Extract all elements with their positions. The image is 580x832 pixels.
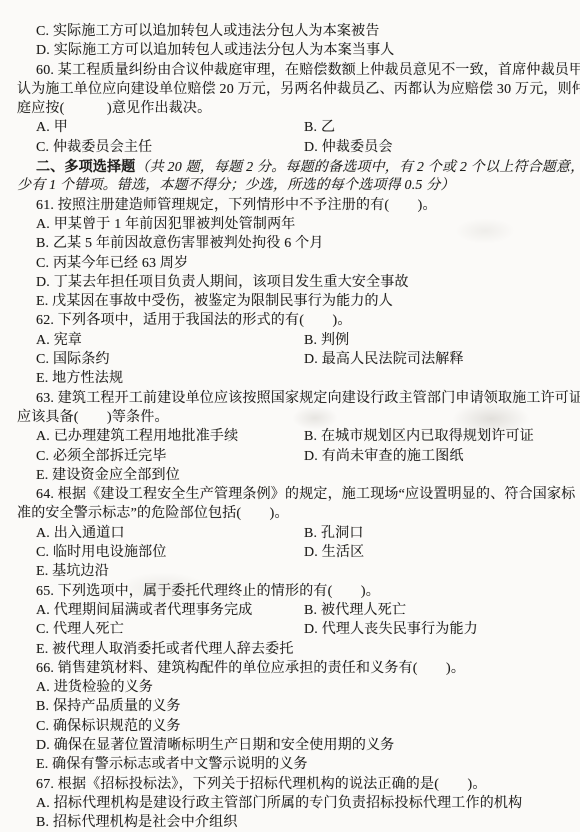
text-line: 认为施工单位应向建设单位赔偿 20 万元，另两名仲裁员乙、丙都认为应赔偿 30 … bbox=[17, 80, 568, 99]
option-left: C. 必须全部拆迁完毕 bbox=[17, 447, 304, 466]
text-line: 66. 销售建筑材料、建筑构配件的单位应承担的责任和义务有( )。 bbox=[17, 659, 568, 678]
option-row: A. 代理期间届满或者代理事务完成B. 被代理人死亡 bbox=[17, 601, 568, 620]
option-row: C. 代理人死亡D. 代理人丧失民事行为能力 bbox=[17, 620, 568, 639]
text-line: C. 确保标识规范的义务 bbox=[17, 717, 568, 736]
option-row: A. 甲B. 乙 bbox=[17, 118, 568, 137]
option-left: A. 出入通道口 bbox=[17, 524, 304, 543]
text-line: D. 实际施工方可以追加转包人或违法分包人为本案当事人 bbox=[17, 41, 568, 60]
option-left: C. 国际条约 bbox=[17, 350, 304, 369]
option-left: A. 代理期间届满或者代理事务完成 bbox=[17, 601, 304, 620]
text-line: A. 甲某曾于 1 年前因犯罪被判处管制两年 bbox=[17, 215, 568, 234]
text-line: D. 确保在显著位置清晰标明生产日期和安全使用期的义务 bbox=[17, 736, 568, 755]
option-left: A. 宪章 bbox=[17, 331, 304, 350]
text-line: C. 实际施工方可以追加转包人或违法分包人为本案被告 bbox=[17, 22, 568, 41]
text-line: 65. 下列选项中，属于委托代理终止的情形的有( )。 bbox=[17, 582, 568, 601]
option-left: C. 仲裁委员会主任 bbox=[17, 138, 304, 157]
text-line: E. 被代理人取消委托或者代理人辞去委托 bbox=[17, 640, 568, 659]
option-right: B. 在城市规划区内已取得规划许可证 bbox=[304, 427, 534, 446]
document-page: C. 实际施工方可以追加转包人或违法分包人为本案被告D. 实际施工方可以追加转包… bbox=[0, 0, 580, 832]
option-left: A. 甲 bbox=[17, 118, 304, 137]
option-row: A. 出入通道口B. 孔洞口 bbox=[17, 524, 568, 543]
option-right: D. 生活区 bbox=[304, 543, 364, 562]
text-line: 少有 1 个错项。错选，本题不得分；少选，所选的每个选项得 0.5 分） bbox=[17, 176, 568, 195]
text-line: 67. 根据《招标投标法》，下列关于招标代理机构的说法正确的是( )。 bbox=[17, 775, 568, 794]
option-right: B. 被代理人死亡 bbox=[304, 601, 406, 620]
text-line: 61. 按照注册建造师管理规定，下列情形中不予注册的有( )。 bbox=[17, 196, 568, 215]
text-line: E. 建设资金应全部到位 bbox=[17, 466, 568, 485]
option-left: C. 临时用电设施部位 bbox=[17, 543, 304, 562]
text-line: A. 招标代理机构是建设行政主管部门所属的专门负责招标投标代理工作的机构 bbox=[17, 794, 568, 813]
text-line: B. 招标代理机构是社会中介组织 bbox=[17, 813, 568, 832]
text-line: 60. 某工程质量纠纷由合议仲裁庭审理，在赔偿数额上仲裁员意见不一致，首席仲裁员… bbox=[17, 61, 568, 80]
option-row: A. 宪章B. 判例 bbox=[17, 331, 568, 350]
option-right: D. 最高人民法院司法解释 bbox=[304, 350, 464, 369]
option-row: A. 已办理建筑工程用地批准手续B. 在城市规划区内已取得规划许可证 bbox=[17, 427, 568, 446]
option-row: C. 国际条约D. 最高人民法院司法解释 bbox=[17, 350, 568, 369]
option-left: A. 已办理建筑工程用地批准手续 bbox=[17, 427, 304, 446]
section-title: 二、多项选择题 bbox=[36, 158, 135, 174]
option-right: D. 代理人丧失民事行为能力 bbox=[304, 620, 478, 639]
option-right: B. 孔洞口 bbox=[304, 524, 364, 543]
option-left: C. 代理人死亡 bbox=[17, 620, 304, 639]
text-line: A. 进货检验的义务 bbox=[17, 678, 568, 697]
text-line: E. 基坑边沿 bbox=[17, 562, 568, 581]
option-right: D. 仲裁委员会 bbox=[304, 138, 393, 157]
text-line: E. 地方性法规 bbox=[17, 369, 568, 388]
text-line: C. 丙某今年已经 63 周岁 bbox=[17, 254, 568, 273]
text-line: B. 乙某 5 年前因故意伤害罪被判处拘役 6 个月 bbox=[17, 234, 568, 253]
text-line: 准的安全警示标志”的危险部位包括( )。 bbox=[17, 504, 568, 523]
section-instructions: （共 20 题，每题 2 分。每题的备选项中，有 2 个或 2 个以上符合题意，… bbox=[135, 160, 580, 175]
text-line: 应该具备( )等条件。 bbox=[17, 408, 568, 427]
option-row: C. 临时用电设施部位D. 生活区 bbox=[17, 543, 568, 562]
text-line: 庭应按( )意见作出裁决。 bbox=[17, 99, 568, 118]
option-row: C. 必须全部拆迁完毕D. 有尚未审查的施工图纸 bbox=[17, 447, 568, 466]
text-line: 64. 根据《建设工程安全生产管理条例》的规定，施工现场“应设置明显的、符合国家… bbox=[17, 485, 568, 504]
text-line: 63. 建筑工程开工前建设单位应该按照国家规定向建设行政主管部门申请领取施工许可… bbox=[17, 389, 568, 408]
text-line: B. 保持产品质量的义务 bbox=[17, 697, 568, 716]
option-right: D. 有尚未审查的施工图纸 bbox=[304, 447, 464, 466]
option-right: B. 乙 bbox=[304, 118, 335, 137]
option-row: C. 仲裁委员会主任D. 仲裁委员会 bbox=[17, 138, 568, 157]
text-line: D. 丁某去年担任项目负责人期间，该项目发生重大安全事故 bbox=[17, 273, 568, 292]
text-line: E. 确保有警示标志或者中文警示说明的义务 bbox=[17, 755, 568, 774]
option-right: B. 判例 bbox=[304, 331, 349, 350]
section-header: 二、多项选择题（共 20 题，每题 2 分。每题的备选项中，有 2 个或 2 个… bbox=[17, 157, 568, 176]
text-line: E. 戊某因在事故中受伤，被鉴定为限制民事行为能力的人 bbox=[17, 292, 568, 311]
text-line: 62. 下列各项中，适用于我国法的形式的有( )。 bbox=[17, 311, 568, 330]
